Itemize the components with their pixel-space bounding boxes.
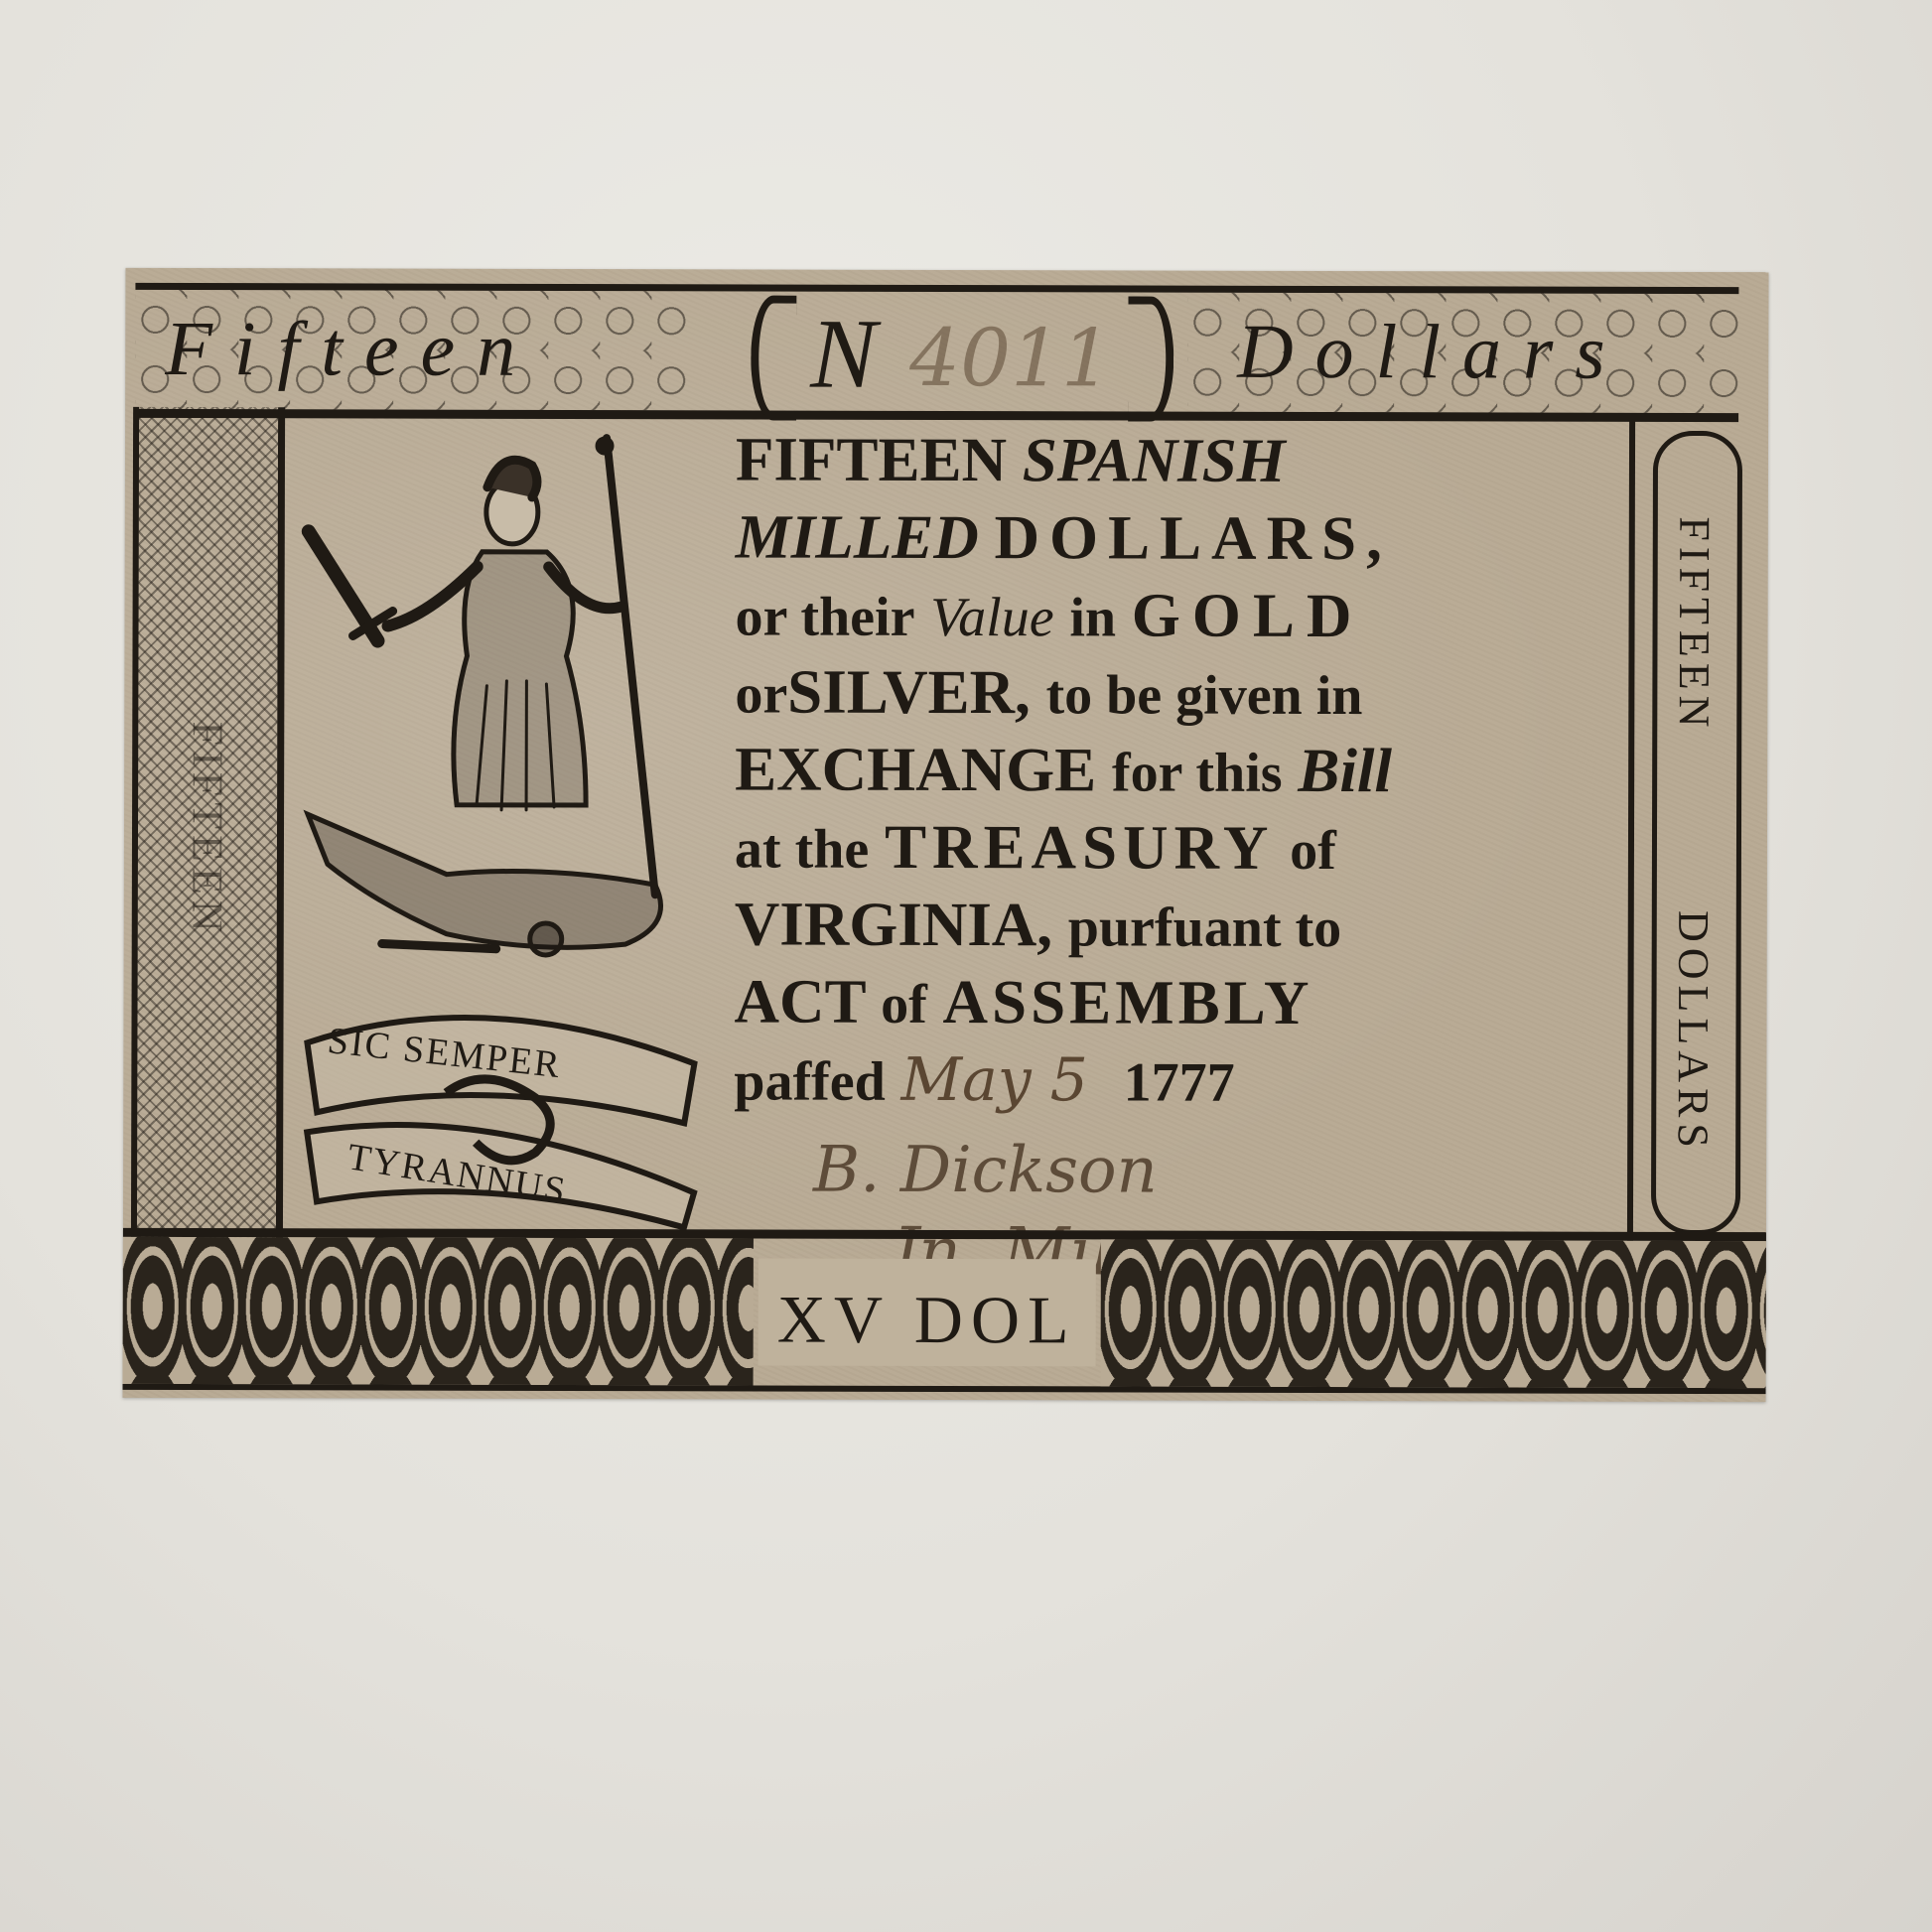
- text-line-6: at the TREASURY of: [735, 815, 1608, 895]
- left-border-text: FIFTEEN: [182, 721, 233, 937]
- text-at-the: at the: [735, 818, 869, 880]
- text-spanish: SPANISH: [1023, 425, 1286, 495]
- text-of: of: [1290, 820, 1336, 882]
- text-line-2: MILLED DOLLARS,: [736, 505, 1609, 585]
- text-line-8: ACT of ASSEMBLY: [734, 970, 1607, 1049]
- text-for-this: for this: [1112, 742, 1283, 803]
- bottom-border: XV DOL: [123, 1228, 1766, 1394]
- text-line-4: orSILVER, to be given in: [735, 660, 1608, 740]
- text-line-5: EXCHANGE for this Bill: [735, 738, 1608, 817]
- text-to-be-given-in: to be given in: [1045, 664, 1362, 727]
- text-year: 1777: [1124, 1051, 1235, 1113]
- serial-prefix: N: [810, 297, 877, 411]
- denomination-box: XV DOL: [759, 1259, 1096, 1367]
- text-milled: MILLED: [736, 501, 979, 572]
- text-dollars: DOLLARS,: [994, 502, 1392, 573]
- text-line-9: paffed May 5 1777: [734, 1047, 1607, 1127]
- banknote: Fifteen N 4011 Dollars FIFTEEN FIFTEEN D…: [123, 268, 1769, 1402]
- text-gold: GOLD: [1132, 580, 1364, 650]
- left-bracket-ornament: [751, 295, 796, 420]
- text-exchange: EXCHANGE: [735, 734, 1096, 804]
- text-line-3: or their Value in GOLD: [735, 583, 1608, 662]
- left-border: FIFTEEN: [131, 407, 285, 1241]
- text-fifteen: FIFTEEN: [736, 424, 1007, 494]
- text-treasury: TREASURY: [885, 812, 1275, 883]
- text-pursuant-to: purfuant to: [1068, 897, 1342, 959]
- virtus-vignette-illustration: [288, 427, 716, 984]
- promise-text: FIFTEEN SPANISH MILLED DOLLARS, or their…: [734, 428, 1609, 1127]
- text-of: of: [881, 974, 927, 1035]
- right-border-upper-text: FIFTEEN: [1669, 516, 1721, 733]
- text-line-1: FIFTEEN SPANISH: [736, 428, 1609, 507]
- text-passed: paffed: [734, 1050, 886, 1112]
- left-lacework-ornament: [123, 1237, 754, 1386]
- denomination-text: XV DOL: [759, 1281, 1096, 1360]
- right-border: FIFTEEN DOLLARS: [1627, 421, 1754, 1245]
- handwritten-date: May 5: [900, 1045, 1088, 1115]
- text-assembly: ASSEMBLY: [943, 967, 1313, 1037]
- text-line-7: VIRGINIA, purfuant to: [735, 893, 1608, 972]
- signature-1: B. Dickson: [813, 1134, 1158, 1208]
- right-bracket-ornament: [1128, 296, 1173, 421]
- top-left-script-text: Fifteen: [165, 310, 537, 388]
- top-right-script-text: Dollars: [1237, 313, 1627, 391]
- text-or-their: or their: [735, 586, 914, 647]
- text-act: ACT: [734, 966, 865, 1035]
- text-silver: SILVER,: [787, 657, 1031, 728]
- right-lacework-ornament: [1101, 1239, 1766, 1388]
- top-border: Fifteen N 4011 Dollars: [135, 283, 1738, 422]
- text-bill: Bill: [1298, 736, 1392, 805]
- text-virginia: VIRGINIA,: [735, 889, 1052, 959]
- right-border-lower-text: DOLLARS: [1668, 910, 1720, 1154]
- motto-banner: SIC SEMPER TYRANNUS: [287, 1003, 715, 1232]
- text-value: Value: [930, 587, 1054, 648]
- text-or: or: [735, 663, 787, 725]
- serial-number: 4011: [909, 312, 1112, 405]
- text-in: in: [1069, 587, 1116, 648]
- center-panel: SIC SEMPER TYRANNUS FIFTEEN SPANISH MILL…: [277, 417, 1617, 1245]
